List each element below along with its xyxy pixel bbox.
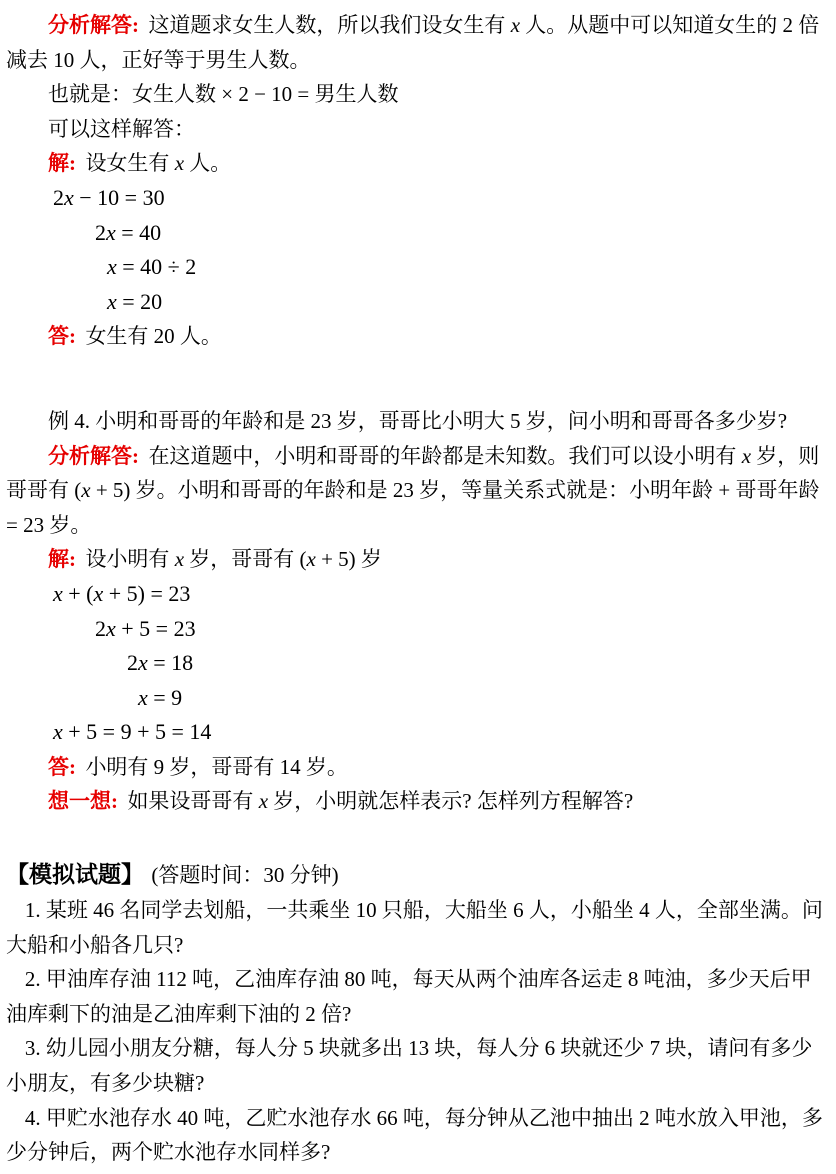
example3-analysis-paragraph: 分析解答:这道题求女生人数，所以我们设女生有 x 人。从题中可以知道女生的 2 … xyxy=(6,8,830,77)
example3-answer-paragraph: 答:女生有 20 人。 xyxy=(6,319,830,354)
equation-line: x = 9 xyxy=(138,681,830,716)
mock-problem-3: 3. 幼儿园小朋友分糖，每人分 5 块就多出 13 块，每人分 6 块就还少 7… xyxy=(6,1031,830,1100)
answer-label: 答: xyxy=(48,324,76,348)
solution-label: 解: xyxy=(48,547,76,571)
equation-line: x = 20 xyxy=(107,285,830,320)
mock-problem-4: 4. 甲贮水池存水 40 吨，乙贮水池存水 66 吨，每分钟从乙池中抽出 2 吨… xyxy=(6,1101,830,1170)
equation-line: 2x − 10 = 30 xyxy=(53,181,830,216)
equation-line: x + (x + 5) = 23 xyxy=(53,577,830,612)
analysis-label: 分析解答: xyxy=(48,444,139,468)
equation-line: x + 5 = 9 + 5 = 14 xyxy=(53,715,830,750)
example4-equation-block: x + (x + 5) = 23 2x + 5 = 23 2x = 18 x =… xyxy=(6,577,830,750)
example4-think-paragraph: 想一想:如果设哥哥有 x 岁，小明就怎样表示? 怎样列方程解答? xyxy=(6,784,830,819)
analysis-label: 分析解答: xyxy=(48,13,139,37)
example4-solution-text: 设小明有 x 岁，哥哥有 (x + 5) 岁 xyxy=(85,547,382,571)
example3-section: 分析解答:这道题求女生人数，所以我们设女生有 x 人。从题中可以知道女生的 2 … xyxy=(6,8,830,354)
document-page: { "colors": { "accent_red": "#e60000", "… xyxy=(0,0,836,1174)
example3-leadin-line: 可以这样解答： xyxy=(6,112,830,147)
example3-solution-paragraph: 解:设女生有 x 人。 xyxy=(6,146,830,181)
example3-equation-block: 2x − 10 = 30 2x = 40 x = 40 ÷ 2 x = 20 xyxy=(6,181,830,319)
mock-problem-1: 1. 某班 46 名同学去划船，一共乘坐 10 只船，大船坐 6 人，小船坐 4… xyxy=(6,893,830,962)
example3-solution-text: 设女生有 x 人。 xyxy=(85,151,231,175)
mock-test-title: 【模拟试题】 xyxy=(6,862,144,887)
math-worksheet: 分析解答:这道题求女生人数，所以我们设女生有 x 人。从题中可以知道女生的 2 … xyxy=(6,8,830,1170)
equation-line: 2x + 5 = 23 xyxy=(95,612,830,647)
mock-problem-2: 2. 甲油库存油 112 吨，乙油库存油 80 吨，每天从两个油库各运走 8 吨… xyxy=(6,962,830,1031)
equation-line: x = 40 ÷ 2 xyxy=(107,250,830,285)
example4-think-text: 如果设哥哥有 x 岁，小明就怎样表示? 怎样列方程解答? xyxy=(127,789,633,813)
example4-problem-statement: 例 4. 小明和哥哥的年龄和是 23 岁，哥哥比小明大 5 岁，问小明和哥哥各多… xyxy=(6,404,830,439)
mock-test-section: 【模拟试题】(答题时间：30 分钟) 1. 某班 46 名同学去划船，一共乘坐 … xyxy=(6,857,830,1170)
example4-section: 例 4. 小明和哥哥的年龄和是 23 岁，哥哥比小明大 5 岁，问小明和哥哥各多… xyxy=(6,404,830,819)
example3-answer-text: 女生有 20 人。 xyxy=(85,324,222,348)
example4-answer-text: 小明有 9 岁，哥哥有 14 岁。 xyxy=(85,755,348,779)
mock-test-header: 【模拟试题】(答题时间：30 分钟) xyxy=(6,857,830,893)
example4-solution-paragraph: 解:设小明有 x 岁，哥哥有 (x + 5) 岁 xyxy=(6,542,830,577)
example4-analysis-paragraph: 分析解答:在这道题中，小明和哥哥的年龄都是未知数。我们可以设小明有 x 岁，则哥… xyxy=(6,439,830,543)
think-label: 想一想: xyxy=(48,789,118,813)
equation-line: 2x = 40 xyxy=(95,216,830,251)
solution-label: 解: xyxy=(48,151,76,175)
equation-line: 2x = 18 xyxy=(127,646,830,681)
example3-relation-line: 也就是：女生人数 × 2 − 10 = 男生人数 xyxy=(6,77,830,112)
example4-answer-paragraph: 答:小明有 9 岁，哥哥有 14 岁。 xyxy=(6,750,830,785)
mock-test-time-note: (答题时间：30 分钟) xyxy=(151,863,338,887)
answer-label: 答: xyxy=(48,755,76,779)
